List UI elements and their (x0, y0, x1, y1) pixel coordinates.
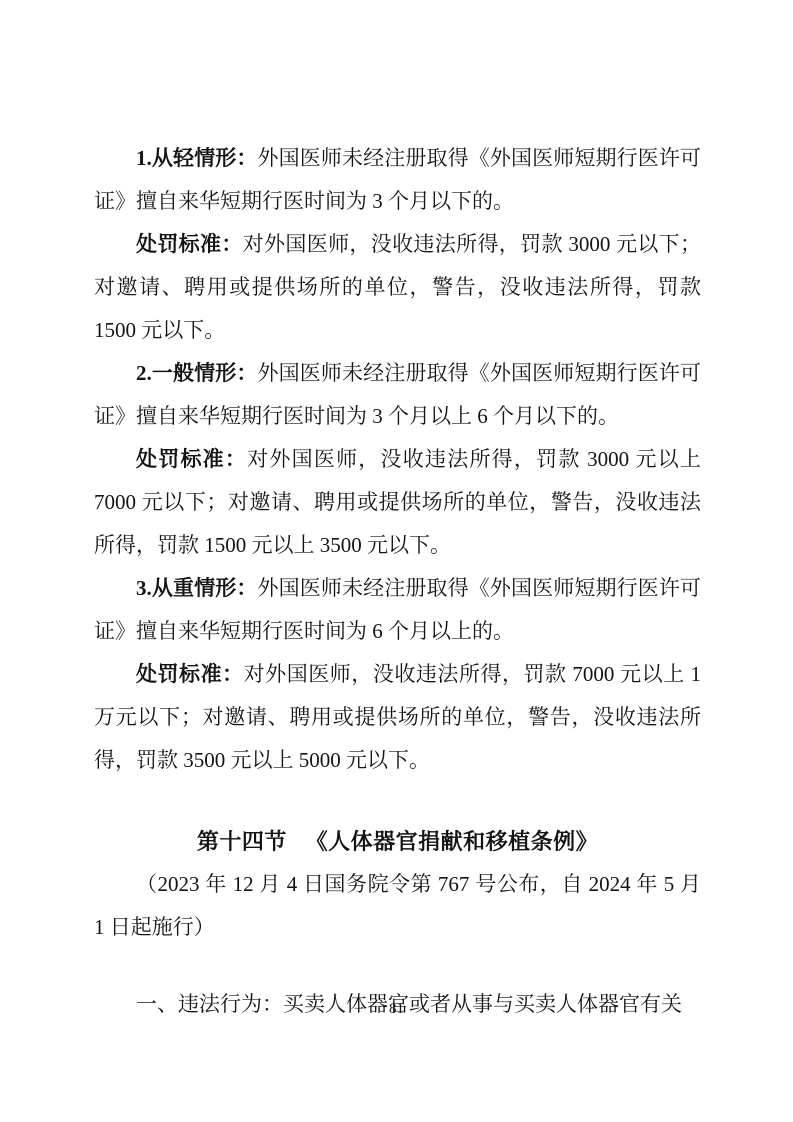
paragraph-general-case: 2.一般情形：外国医师未经注册取得《外国医师短期行医许可证》擅自来华短期行医时间… (94, 352, 701, 438)
paragraph-lead: 处罚标准： (136, 447, 247, 471)
paragraph-lead: 1.从轻情形： (136, 146, 258, 170)
publication-note: （2023 年 12 月 4 日国务院令第 767 号公布，自 2024 年 5… (94, 863, 701, 949)
section-heading-number: 第十四节 (197, 829, 287, 854)
paragraph-lenient-case: 1.从轻情形：外国医师未经注册取得《外国医师短期行医许可证》擅自来华短期行医时间… (94, 137, 701, 223)
page-number: 81 (0, 999, 793, 1019)
section-heading-title: 《人体器官捐献和移植条例》 (306, 829, 599, 854)
paragraph-penalty-standard-2: 处罚标准：对外国医师，没收违法所得，罚款 3000 元以上 7000 元以下；对… (94, 438, 701, 567)
paragraph-penalty-standard-3: 处罚标准：对外国医师，没收违法所得，罚款 7000 元以上 1 万元以下；对邀请… (94, 653, 701, 782)
paragraph-lead: 2.一般情形： (136, 361, 258, 385)
section-heading: 第十四节《人体器官捐献和移植条例》 (94, 820, 701, 863)
paragraph-severe-case: 3.从重情形：外国医师未经注册取得《外国医师短期行医许可证》擅自来华短期行医时间… (94, 567, 701, 653)
paragraph-lead: 处罚标准： (136, 662, 244, 686)
paragraph-penalty-standard-1: 处罚标准：对外国医师，没收违法所得，罚款 3000 元以下；对邀请、聘用或提供场… (94, 223, 701, 352)
document-body: 1.从轻情形：外国医师未经注册取得《外国医师短期行医许可证》擅自来华短期行医时间… (94, 137, 701, 1026)
paragraph-lead: 处罚标准： (136, 232, 243, 256)
document-page: 1.从轻情形：外国医师未经注册取得《外国医师短期行医许可证》擅自来华短期行医时间… (0, 0, 793, 1122)
paragraph-lead: 3.从重情形： (136, 576, 258, 600)
